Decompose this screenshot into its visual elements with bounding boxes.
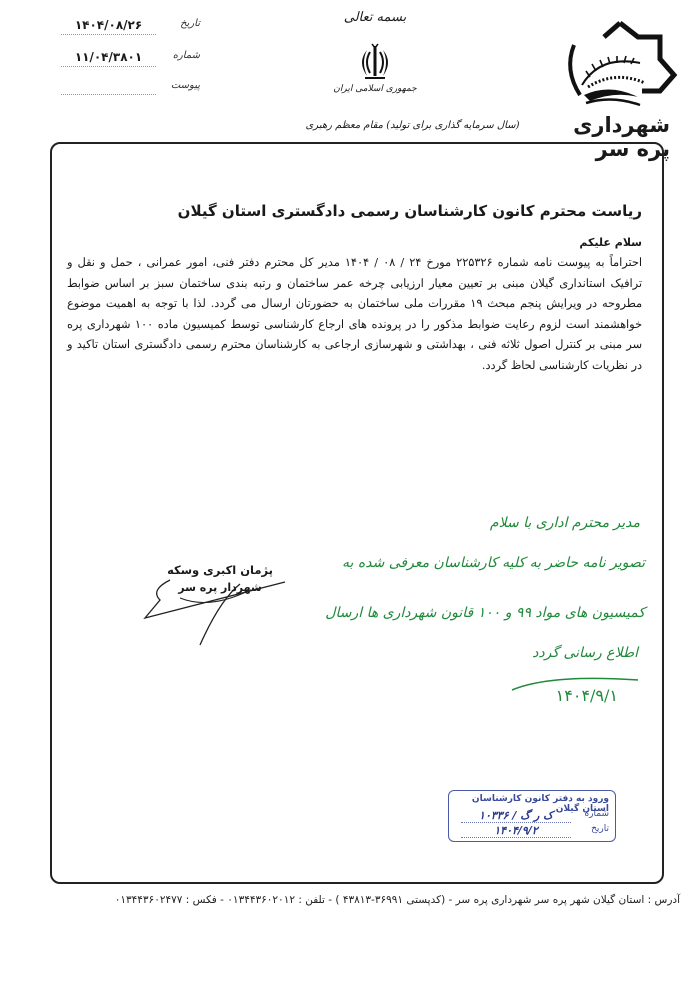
handwritten-line-1: مدیر محترم اداری با سلام [490,515,640,531]
date-label: تاریخ [180,18,200,29]
bismillah: بسمه تعالی [340,10,410,25]
iran-emblem-icon [355,42,395,84]
handwritten-line-3: کمیسیون های مواد ۹۹ و ۱۰۰ قانون شهرداری … [325,605,645,621]
stamp-number-label: شماره [584,809,609,819]
recipient-heading: ریاست محترم کانون کارشناسان رسمی دادگستر… [82,202,642,220]
greeting: سلام علیکم [342,236,642,249]
handwritten-date: ۱۴۰۴/۹/۱ [556,686,618,705]
municipality-logo-icon [560,15,680,110]
stamp-date-value: ۱۴۰۴/۹/۲ [461,824,571,838]
year-motto: (سال سرمایه گذاری برای تولید) مقام معظم … [290,120,535,131]
attachment-label: پیوست [171,80,200,91]
stamp-date-label: تاریخ [591,824,609,834]
signature-scribble-icon [140,570,290,650]
number-label: شماره [173,50,200,61]
handwritten-line-2: تصویر نامه حاضر به کلیه کارشناسان معرفی … [342,555,645,571]
number-value: ۱۱/۰۴/۳۸۰۱ [61,50,156,67]
attachment-value [61,80,156,95]
stamp-number-value: ۱۰۳۳۶ / ک ر گ [461,809,571,823]
footer-address: آدرس : استان گیلان شهر پره سر شهرداری پر… [20,894,680,906]
handwritten-line-4: اطلاع رسانی گردد [532,645,638,661]
republic-label: جمهوری اسلامی ایران [325,84,425,94]
date-value: ۱۴۰۴/۰۸/۲۶ [61,18,156,35]
letter-body: احتراماً به پیوست نامه شماره ۲۲۵۳۲۶ مورخ… [67,253,642,376]
receipt-stamp: ورود به دفتر کانون کارشناسان استان گیلان… [448,790,616,842]
